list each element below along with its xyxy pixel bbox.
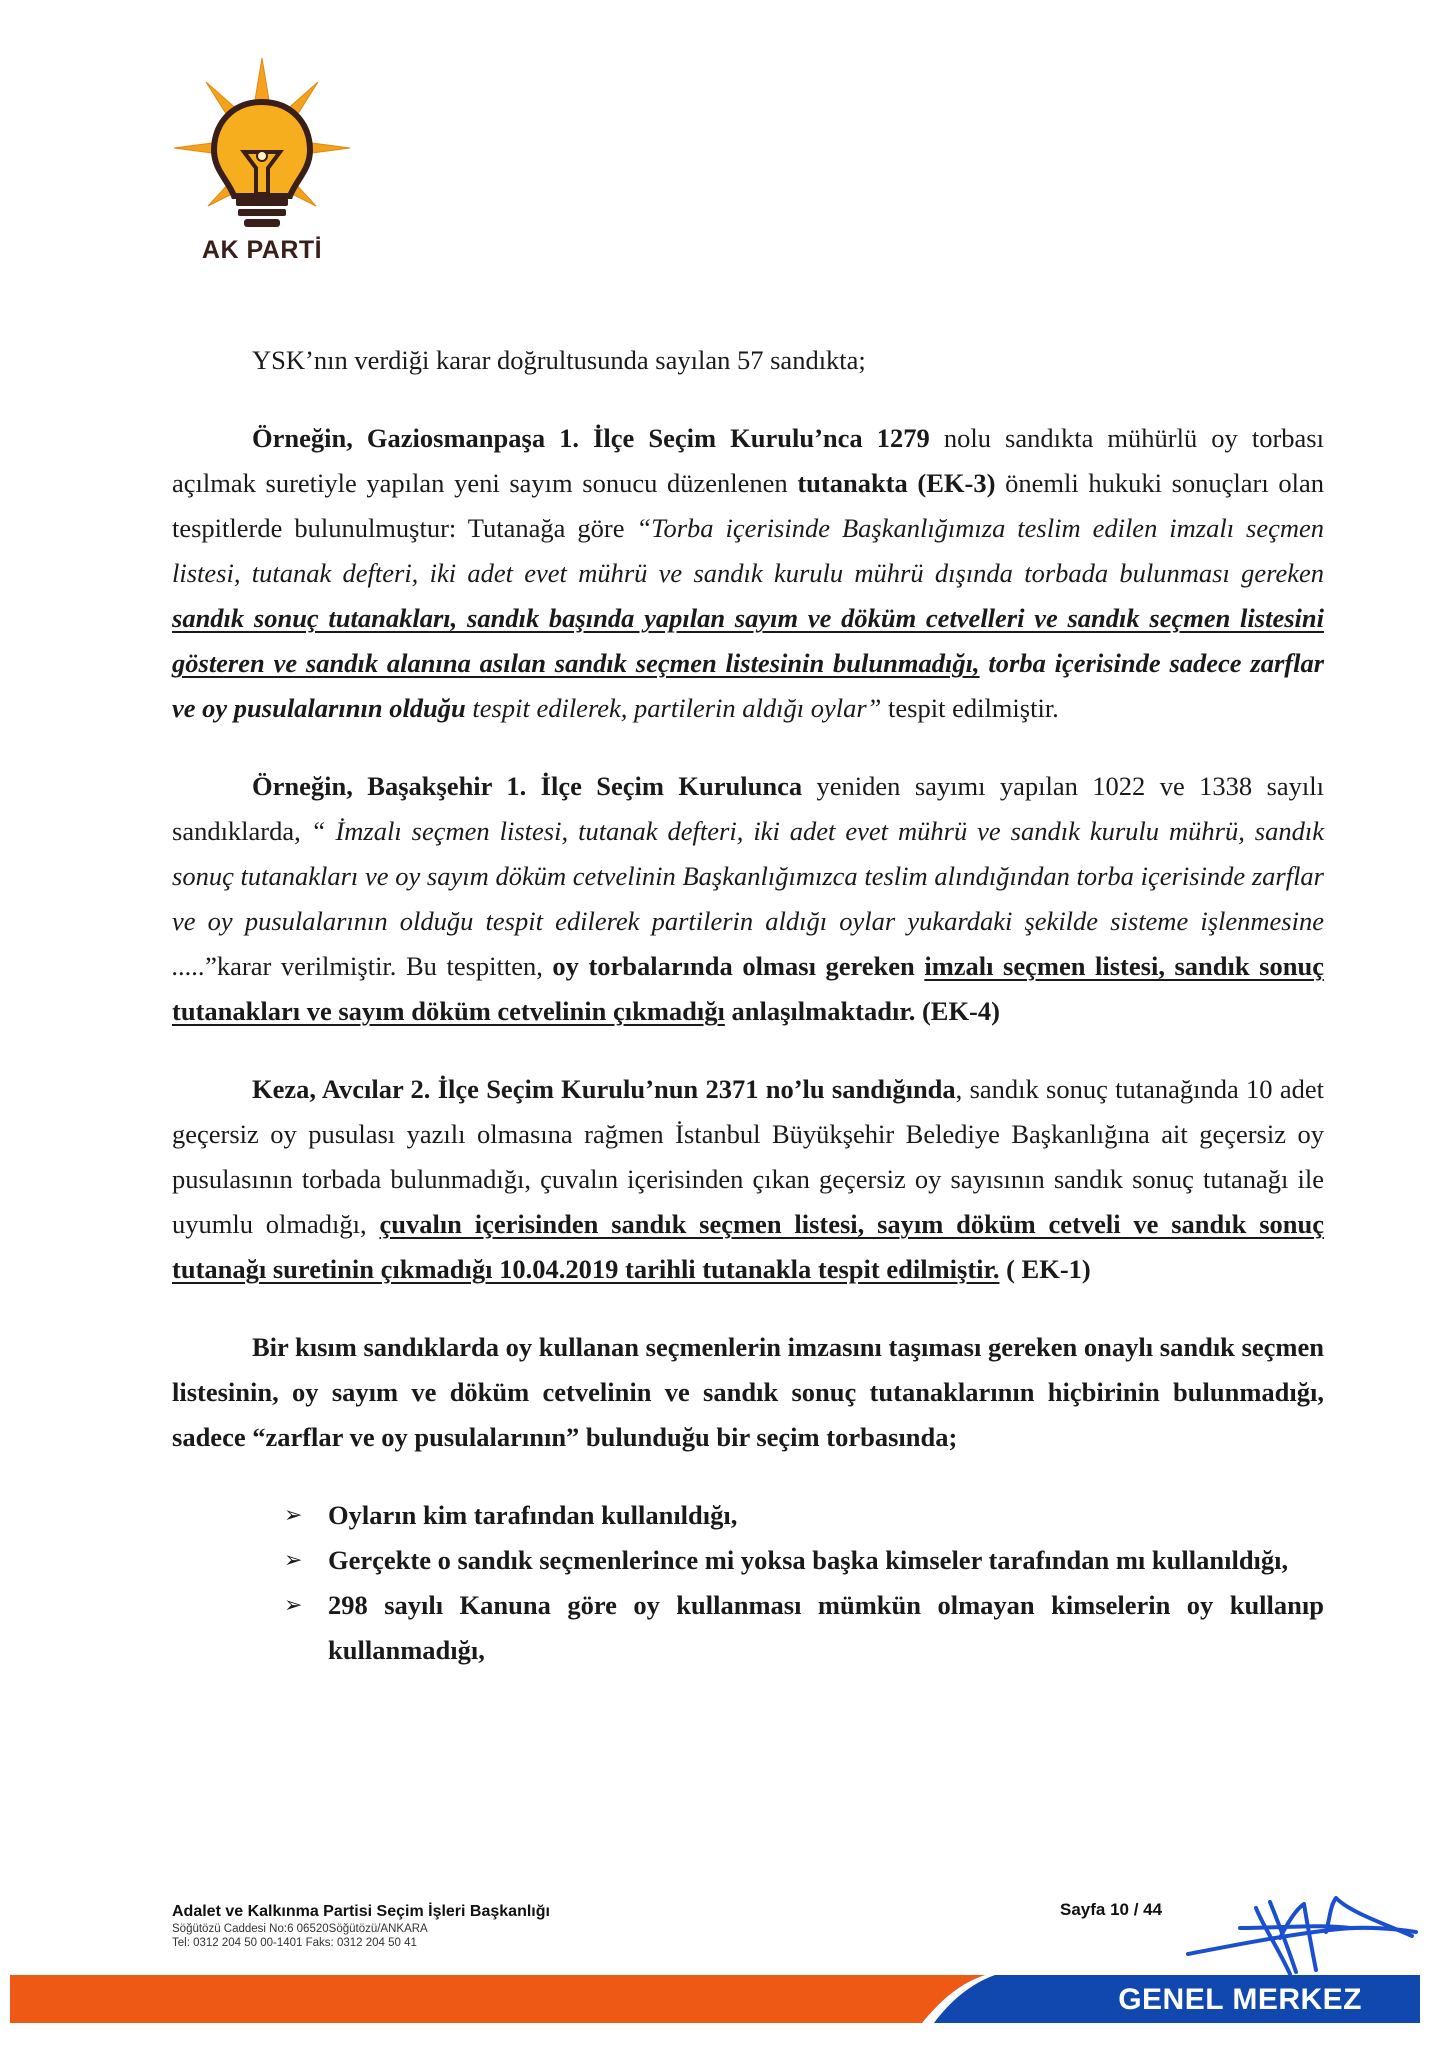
footer-contact-numbers: Tel: 0312 204 50 00-1401 Faks: 0312 204 … [172, 1936, 550, 1950]
paragraph: Bir kısım sandıklarda oy kullanan seçmen… [172, 1325, 1324, 1460]
footer-organization: Adalet ve Kalkınma Partisi Seçim İşleri … [172, 1902, 550, 1922]
document-body: YSK’nın verdiği karar doğrultusunda sayı… [172, 338, 1324, 1673]
genel-merkez-label: GENEL MERKEZ [1118, 1983, 1362, 2017]
signature-icon [1180, 1888, 1420, 1978]
ak-parti-logo: AK PARTİ [172, 56, 352, 266]
bullet-text: Oyların kim tarafından kullanıldığı, [328, 1500, 737, 1530]
text-run: tespit edilmiştir. [881, 693, 1058, 723]
paragraph: Örneğin, Gaziosmanpaşa 1. İlçe Seçim Kur… [172, 416, 1324, 731]
bullet-list: ➢Oyların kim tarafından kullanıldığı,➢Ge… [172, 1493, 1324, 1673]
bullet-item: ➢298 sayılı Kanuna göre oy kullanması mü… [284, 1583, 1324, 1673]
arrowhead-bullet-icon: ➢ [284, 1583, 302, 1628]
text-run: YSK’nın verdiği karar doğrultusunda sayı… [252, 345, 866, 375]
text-run: oy torbalarında olması gereken [552, 951, 924, 981]
footer-address: Söğütözü Caddesi No:6 06520Söğütözü/ANKA… [172, 1922, 550, 1936]
text-run: tespit edilerek, partilerin aldığı oylar… [466, 693, 882, 723]
bullet-text: Gerçekte o sandık seçmenlerince mi yoksa… [328, 1545, 1288, 1575]
lightbulb-sun-icon [172, 56, 352, 236]
text-run: Örneğin, Başakşehir 1. İlçe Seçim Kurulu… [252, 771, 802, 801]
logo-text: AK PARTİ [172, 236, 352, 265]
footer-contact: Adalet ve Kalkınma Partisi Seçim İşleri … [172, 1902, 550, 1950]
paragraph: YSK’nın verdiği karar doğrultusunda sayı… [172, 338, 1324, 383]
text-run: ”karar verilmiştir. Bu tespitten, [205, 951, 552, 981]
bullet-text: 298 sayılı Kanuna göre oy kullanması müm… [328, 1590, 1324, 1665]
text-run: anlaşılmaktadır. (EK-4) [725, 996, 1000, 1026]
bullet-item: ➢Oyların kim tarafından kullanıldığı, [284, 1493, 1324, 1538]
footer-band: GENEL MERKEZ [10, 1975, 1420, 2023]
text-run: Örneğin, Gaziosmanpaşa 1. İlçe Seçim Kur… [252, 423, 930, 453]
text-run: Keza, Avcılar 2. İlçe Seçim Kurulu’nun 2… [252, 1074, 956, 1104]
page-number: Sayfa 10 / 44 [1060, 1900, 1162, 1920]
bullet-item: ➢Gerçekte o sandık seçmenlerince mi yoks… [284, 1538, 1324, 1583]
text-run: Bir kısım sandıklarda oy kullanan seçmen… [172, 1332, 1324, 1452]
paragraph: Keza, Avcılar 2. İlçe Seçim Kurulu’nun 2… [172, 1067, 1324, 1292]
arrowhead-bullet-icon: ➢ [284, 1493, 302, 1538]
paragraphs: YSK’nın verdiği karar doğrultusunda sayı… [172, 338, 1324, 1460]
text-run: ( EK-1) [999, 1254, 1090, 1284]
paragraph: Örneğin, Başakşehir 1. İlçe Seçim Kurulu… [172, 764, 1324, 1034]
arrowhead-bullet-icon: ➢ [284, 1538, 302, 1583]
text-run: tutanakta (EK-3) [797, 468, 995, 498]
